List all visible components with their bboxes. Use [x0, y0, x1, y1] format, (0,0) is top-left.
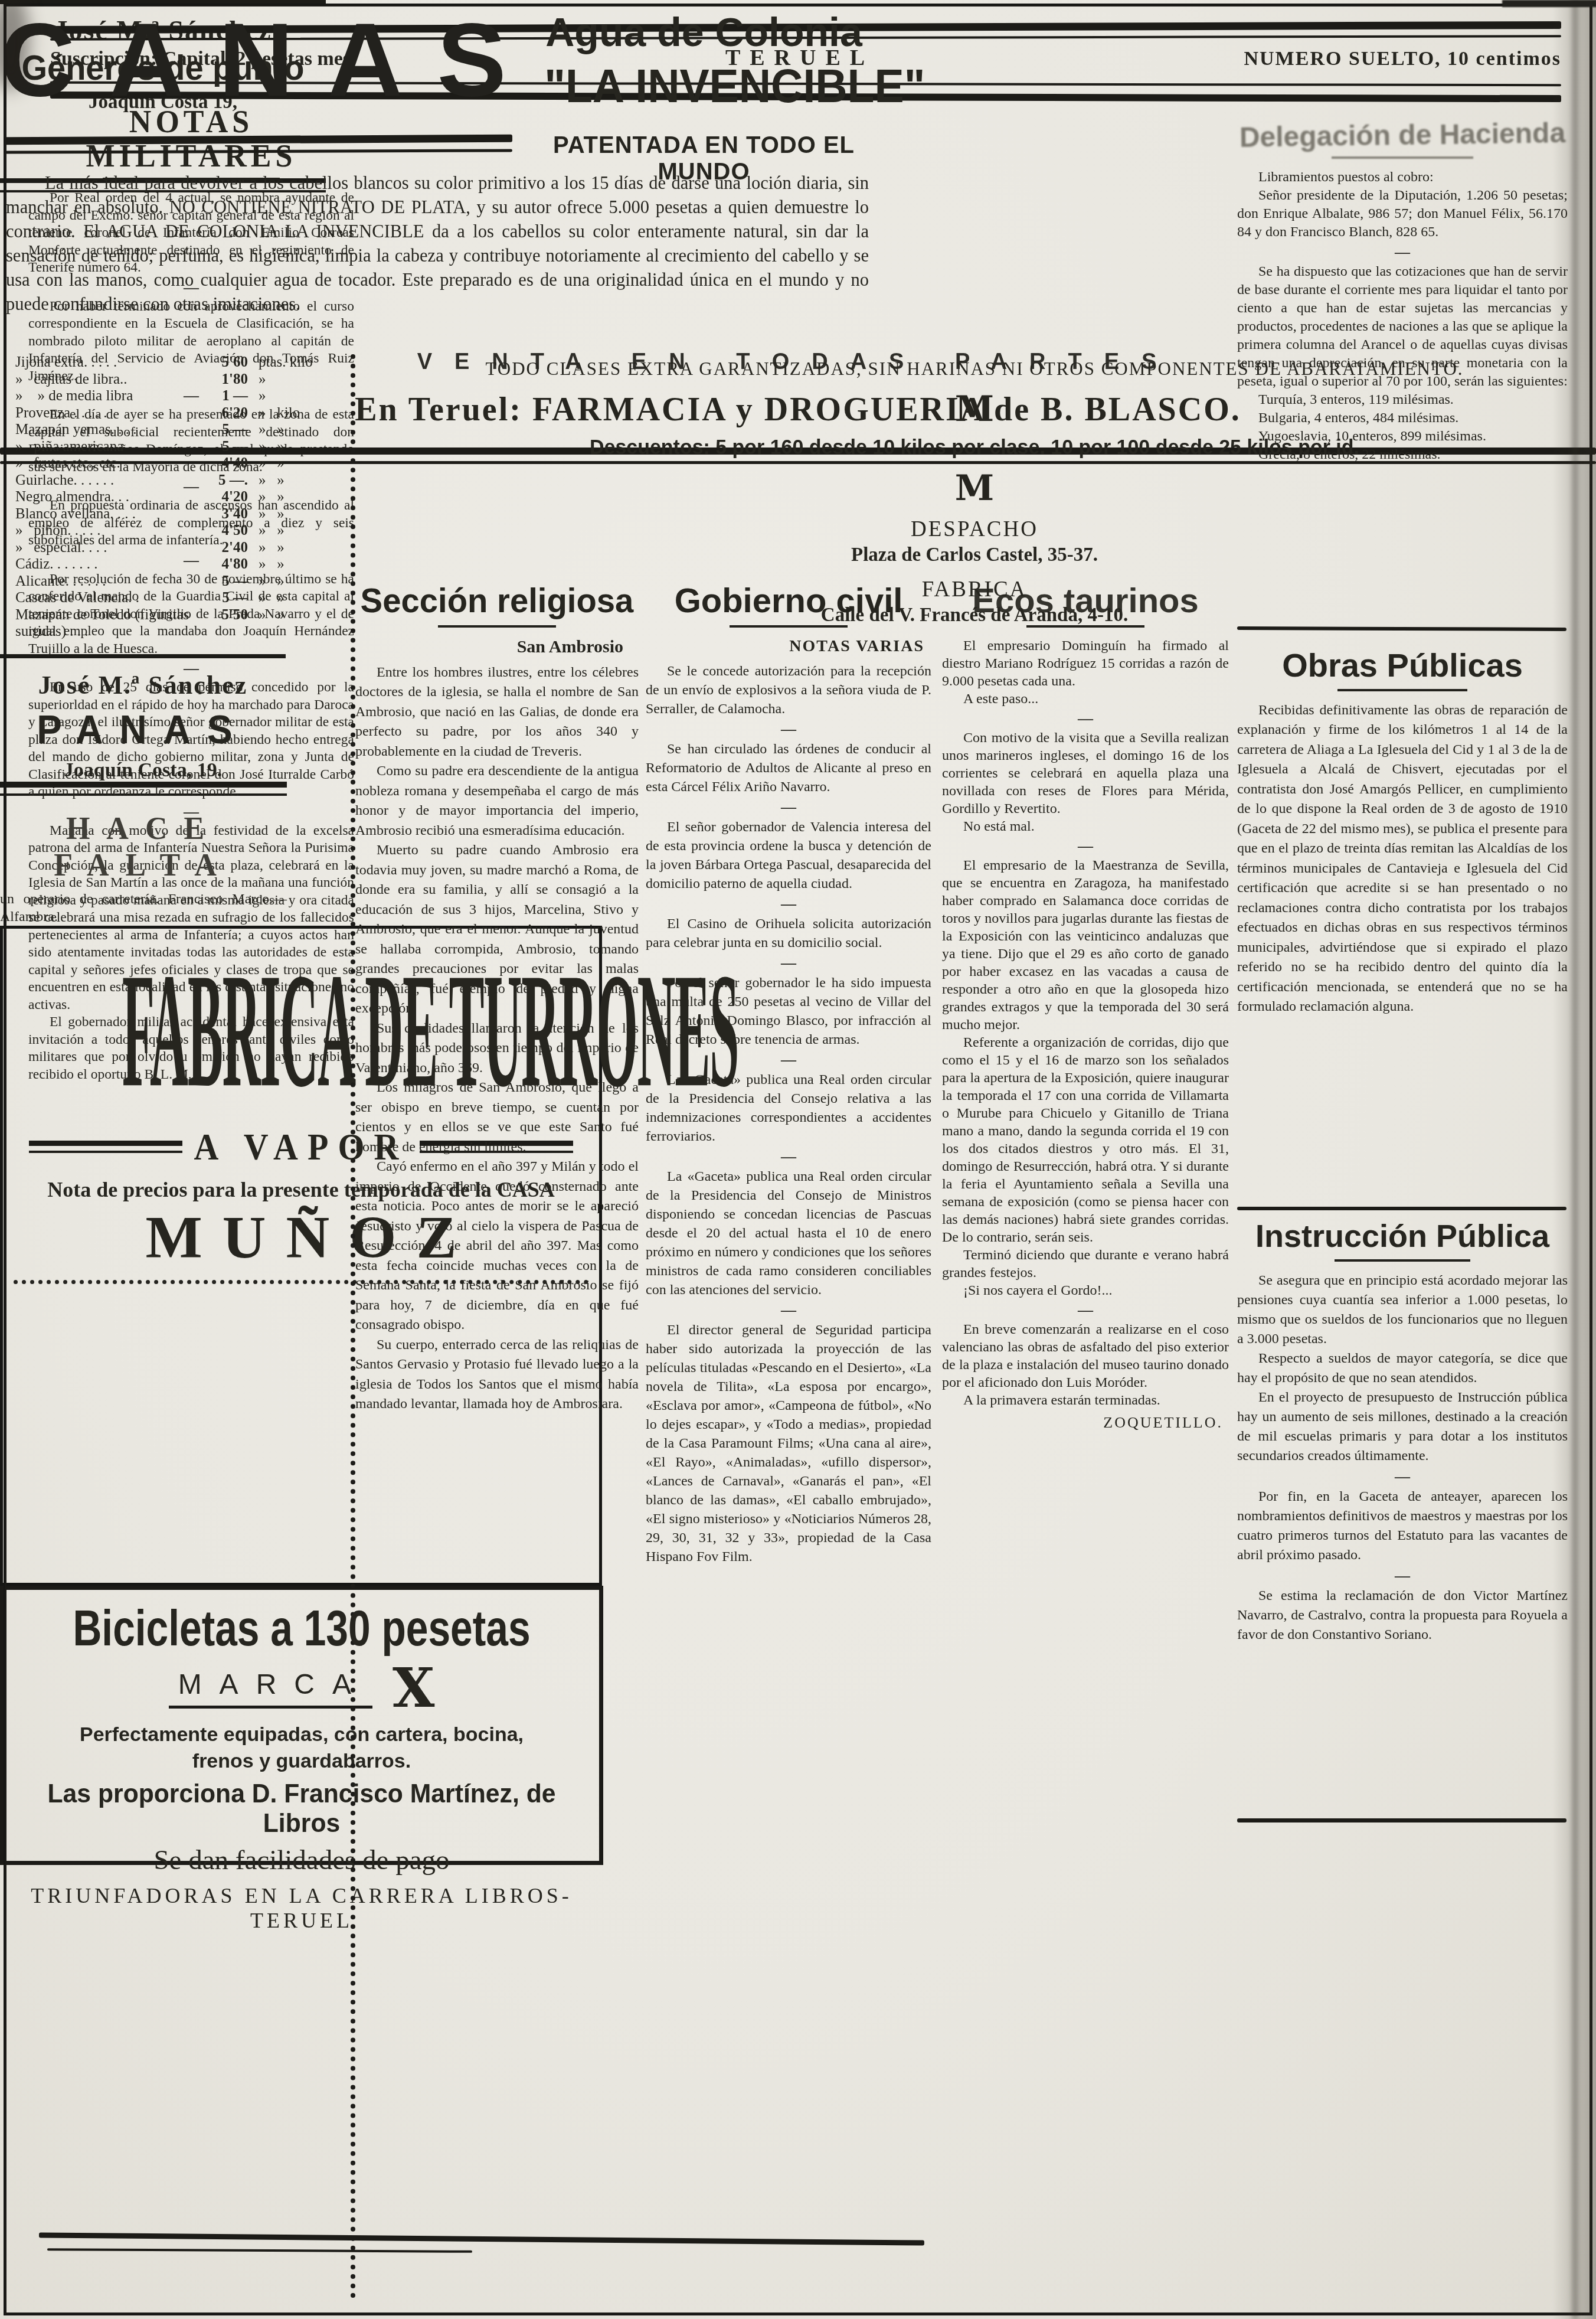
- price-value: 1'80: [194, 371, 248, 388]
- price-item: » cajitas de libra..: [15, 371, 194, 388]
- price-value: 3'40: [194, 506, 248, 523]
- price-value: 4'80: [194, 556, 248, 573]
- price-units: » »: [248, 422, 346, 439]
- price-units: » »: [248, 556, 346, 573]
- munoz-monogram-icon: M: [368, 391, 1581, 427]
- article-title: Delegación de Hacienda: [1237, 119, 1568, 153]
- paragraph: Libramientos puestos al cobro:: [1237, 168, 1568, 187]
- price-item: Cascas de Valencia. .: [15, 590, 194, 607]
- price-row: » piña americana5 —» »: [15, 439, 346, 456]
- price-item: Cádiz. . . . . . .: [15, 556, 194, 573]
- price-row: Alicante. . . . . .5 —» »: [15, 573, 346, 590]
- price-units: » »: [248, 607, 346, 624]
- price-units: » »: [248, 522, 346, 540]
- price-item: » piñón. . . . .: [15, 522, 194, 540]
- price-units: » »: [248, 573, 346, 590]
- price-value: 5'60: [194, 354, 248, 371]
- ad-fabrica-de-turrones: FABRICA DE TURRONES A VAPOR Nota de prec…: [0, 926, 602, 1586]
- price-value: 4'40: [194, 455, 248, 472]
- dotted-column-divider: [351, 354, 355, 2299]
- price-units: » »: [248, 590, 346, 607]
- price-row: Mazapán yemas. . . .5 —» »: [15, 422, 346, 439]
- price-value: 1 —: [194, 388, 248, 405]
- page-crease: [1572, 0, 1578, 2319]
- price-item: » » de media libra: [15, 388, 194, 405]
- price-row: Jijona extra. . . . .5'60ptas. kilo: [15, 354, 346, 371]
- price-row: Negro almendra. . .4'20» »: [15, 489, 346, 506]
- single-issue-price: NUMERO SUELTO, 10 centimos: [1244, 48, 1562, 70]
- price-row: Guirlache. . . . . .5 —.» »: [15, 472, 346, 489]
- ad-quality-claim: TODO CLASES EXTRA GARANTIZADAS, SIN HARI…: [368, 355, 1581, 382]
- price-item: Negro almendra. . .: [15, 489, 194, 506]
- price-units: »: [248, 371, 346, 388]
- ad-headline: Bicicletas a 130 pesetas: [22, 1604, 581, 1654]
- scan-artifact: [1502, 0, 1596, 7]
- price-item: Alicante. . . . . .: [15, 573, 194, 590]
- price-value: 5 —: [194, 590, 248, 607]
- price-units: » »: [248, 506, 346, 523]
- price-row: Cascas de Valencia. .5 —» »: [15, 590, 346, 607]
- price-item: Provenza . . . . .: [15, 405, 194, 422]
- price-value: 6'20: [194, 405, 248, 422]
- newspaper-page: Suscripción: Capital, 2 pesetas mes. TER…: [0, 0, 1596, 2319]
- paragraph: Señor presidente de la Diputación, 1.206…: [1237, 187, 1568, 241]
- price-units: » kilo: [248, 405, 346, 422]
- fabrica-address: Calle del V. Francés de Aranda, 4-10.: [368, 605, 1581, 626]
- paragraph-separator: —: [1237, 241, 1568, 263]
- price-row: » espe­cial. . . .2'40» »: [15, 540, 346, 557]
- price-item: Blanco avellana. . . .: [15, 506, 194, 523]
- price-value: 4'50: [194, 522, 248, 540]
- ad-body-text: La más ideal para devolver a los cabello…: [6, 171, 869, 316]
- price-units: » »: [248, 489, 346, 506]
- price-item: Guirlache. . . . . .: [15, 472, 194, 489]
- price-row: » piñón. . . . .4'50» »: [15, 522, 346, 540]
- price-units: » »: [248, 439, 346, 456]
- ad-product: Agua de Colonia: [534, 9, 874, 55]
- price-units: » »: [248, 472, 346, 489]
- price-value: 5 —.: [194, 472, 248, 489]
- price-units: »: [248, 388, 346, 405]
- despacho-label: DESPACHO: [368, 517, 1581, 542]
- price-value: 5 —: [194, 573, 248, 590]
- price-row: Blanco avellana. . . .3'40» »: [15, 506, 346, 523]
- price-item: Mazapán yemas. . . .: [15, 422, 194, 439]
- ad-provider-line: Las proporciona D. Francisco Martínez, d…: [13, 1779, 590, 1838]
- price-value: 5 —: [194, 439, 248, 456]
- price-item: » espe­cial. . . .: [15, 540, 194, 557]
- price-row: Cádiz. . . . . . .4'80» »: [15, 556, 346, 573]
- price-item: Mazapán de Toledo (figuritas surtidas) .…: [15, 607, 194, 641]
- price-row: » cajitas de libra..1'80»: [15, 371, 346, 388]
- munoz-monogram-icon: M: [368, 471, 1581, 506]
- price-list: Jijona extra. . . . .5'60ptas. kilo » ca…: [15, 354, 346, 2299]
- price-row: Mazapán de Toledo (figuritas surtidas) .…: [15, 607, 346, 641]
- price-units: » »: [248, 455, 346, 472]
- price-value: 2'40: [194, 540, 248, 557]
- price-value: 4'20: [194, 489, 248, 506]
- price-item: » frutas etc., etc.: [15, 455, 194, 472]
- title-underline: [1332, 156, 1473, 159]
- despacho-address: Plaza de Carlos Castel, 35-37.: [368, 544, 1581, 566]
- ad-discounts: Descuentos: 5 por 160 desde 10 kilos por…: [387, 434, 1562, 461]
- price-value: 5 —: [194, 422, 248, 439]
- ad-brand: "LA INVENCIBLE": [544, 61, 864, 111]
- fabrica-label: FABRICA: [368, 577, 1581, 602]
- price-item: Jijona extra. . . . .: [15, 354, 194, 371]
- price-value: 5'50: [194, 607, 248, 624]
- ad-headline: CANAS: [0, 8, 519, 112]
- price-row: » frutas etc., etc.4'40» »: [15, 455, 346, 472]
- price-units: ptas. kilo: [248, 354, 346, 371]
- price-row: Provenza . . . . .6'20» kilo: [15, 405, 346, 422]
- price-units: » »: [248, 540, 346, 557]
- price-item: » piña americana: [15, 439, 194, 456]
- price-row: » » de media libra1 —»: [15, 388, 346, 405]
